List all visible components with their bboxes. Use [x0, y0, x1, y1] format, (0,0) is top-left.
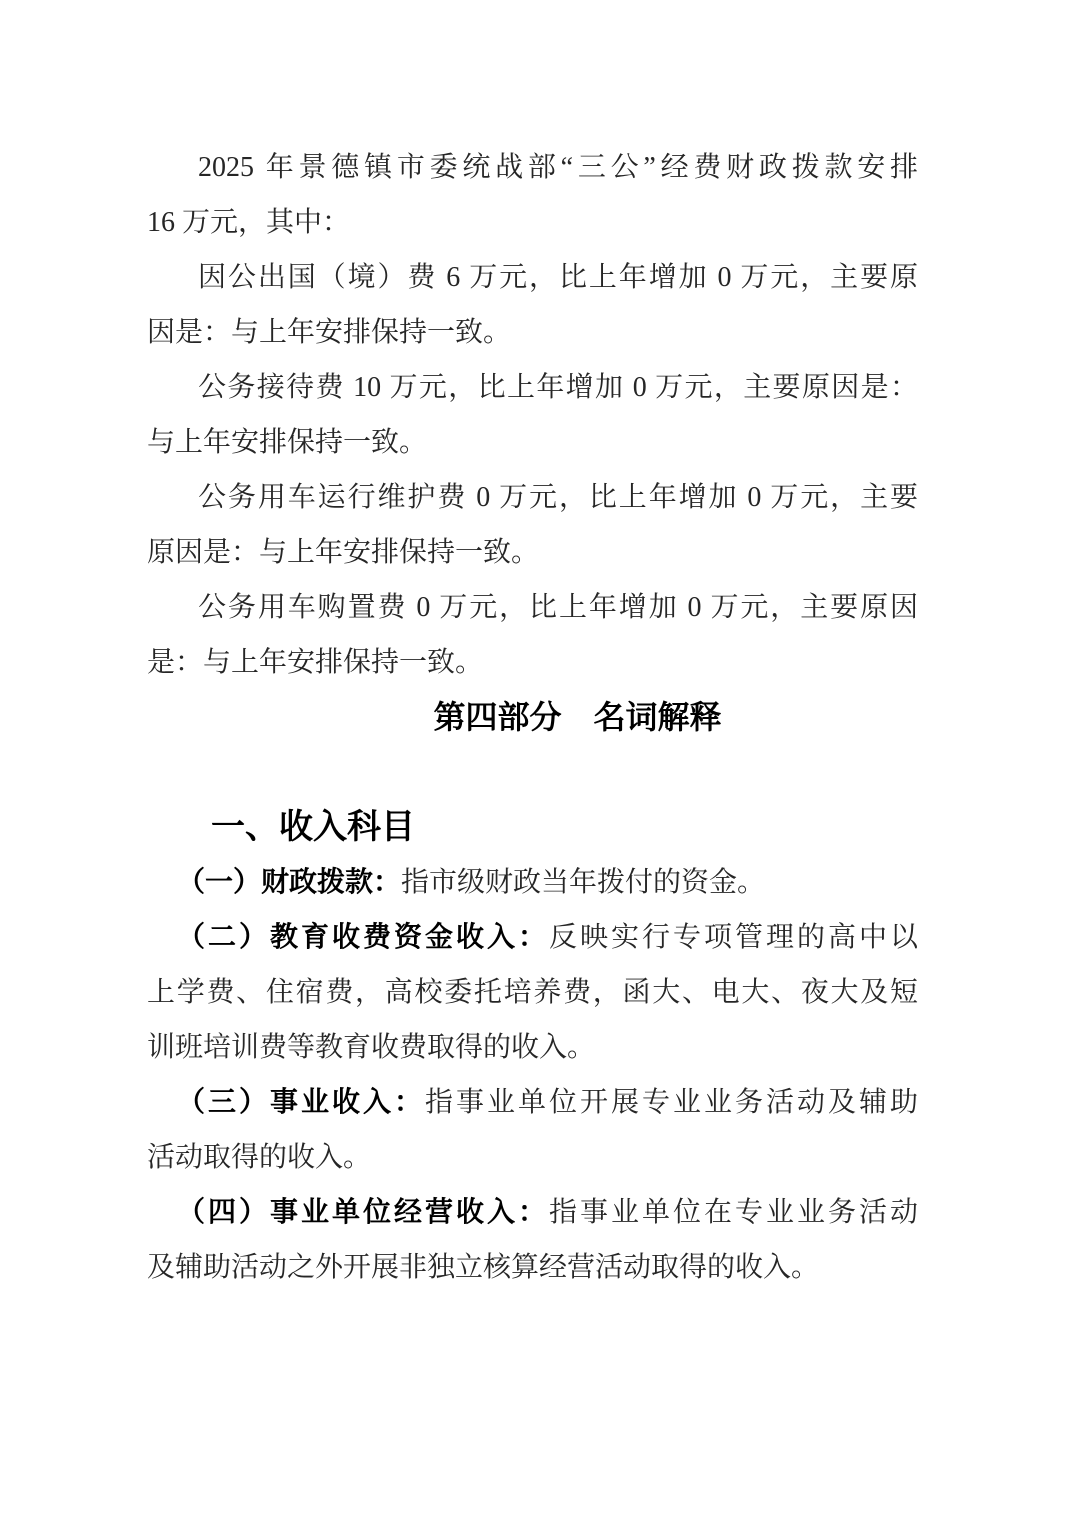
text-line: 因是：与上年安排保持一致。 — [147, 305, 918, 360]
text-line: 与上年安排保持一致。 — [147, 415, 918, 470]
body-paragraph: 公务用车运行维护费 0 万元，比上年增加 0 万元，主要 原因是：与上年安排保持… — [147, 470, 918, 580]
body-paragraph: 公务用车购置费 0 万元，比上年增加 0 万元，主要原因 是：与上年安排保持一致… — [147, 580, 918, 690]
definition-line: （四）事业单位经营收入：指事业单位在专业业务活动 — [147, 1185, 918, 1240]
definition-term: （二）教育收费资金收入： — [177, 922, 549, 953]
definition-line: 训班培训费等教育收费取得的收入。 — [147, 1020, 918, 1075]
body-paragraph: 因公出国（境）费 6 万元，比上年增加 0 万元，主要原 因是：与上年安排保持一… — [147, 250, 918, 360]
definition-line: 上学费、住宿费，高校委托培养费，函大、电大、夜大及短 — [147, 965, 918, 1020]
definition-term: （三）事业收入： — [177, 1087, 425, 1118]
text-line: 公务接待费 10 万元，比上年增加 0 万元，主要原因是： — [147, 360, 918, 415]
definition-text: 指市级财政当年拨付的资金。 — [401, 867, 765, 898]
page-content: 2025 年景德镇市委统战部“三公”经费财政拨款安排 16 万元，其中： 因公出… — [147, 140, 918, 1295]
text-line: 因公出国（境）费 6 万元，比上年增加 0 万元，主要原 — [147, 250, 918, 305]
subsection-heading: 一、收入科目 — [147, 800, 918, 855]
text-line: 2025 年景德镇市委统战部“三公”经费财政拨款安排 — [147, 140, 918, 195]
definition-paragraph: （三）事业收入：指事业单位开展专业业务活动及辅助 活动取得的收入。 — [147, 1075, 918, 1185]
definition-term: （一）财政拨款： — [177, 867, 401, 898]
definition-line: 活动取得的收入。 — [147, 1130, 918, 1185]
section-heading: 第四部分 名词解释 — [147, 690, 918, 745]
definition-line: 及辅助活动之外开展非独立核算经营活动取得的收入。 — [147, 1240, 918, 1295]
document-page: 2025 年景德镇市委统战部“三公”经费财政拨款安排 16 万元，其中： 因公出… — [0, 0, 1074, 1520]
text-line: 公务用车购置费 0 万元，比上年增加 0 万元，主要原因 — [147, 580, 918, 635]
text-line: 原因是：与上年安排保持一致。 — [147, 525, 918, 580]
definition-text: 反映实行专项管理的高中以 — [549, 922, 918, 953]
definition-line: （二）教育收费资金收入：反映实行专项管理的高中以 — [147, 910, 918, 965]
definition-text: 指事业单位在专业业务活动 — [549, 1197, 918, 1228]
definition-text: 指事业单位开展专业业务活动及辅助 — [425, 1087, 918, 1118]
definition-paragraph: （四）事业单位经营收入：指事业单位在专业业务活动 及辅助活动之外开展非独立核算经… — [147, 1185, 918, 1295]
text-line: 16 万元，其中： — [147, 195, 918, 250]
definition-paragraph: （一）财政拨款：指市级财政当年拨付的资金。 — [147, 855, 918, 910]
text-line: 公务用车运行维护费 0 万元，比上年增加 0 万元，主要 — [147, 470, 918, 525]
definition-term: （四）事业单位经营收入： — [177, 1197, 549, 1228]
definition-paragraph: （二）教育收费资金收入：反映实行专项管理的高中以 上学费、住宿费，高校委托培养费… — [147, 910, 918, 1075]
body-paragraph: 公务接待费 10 万元，比上年增加 0 万元，主要原因是： 与上年安排保持一致。 — [147, 360, 918, 470]
definition-line: （一）财政拨款：指市级财政当年拨付的资金。 — [147, 855, 918, 910]
text-line: 是：与上年安排保持一致。 — [147, 635, 918, 690]
definition-line: （三）事业收入：指事业单位开展专业业务活动及辅助 — [147, 1075, 918, 1130]
body-paragraph: 2025 年景德镇市委统战部“三公”经费财政拨款安排 16 万元，其中： — [147, 140, 918, 250]
